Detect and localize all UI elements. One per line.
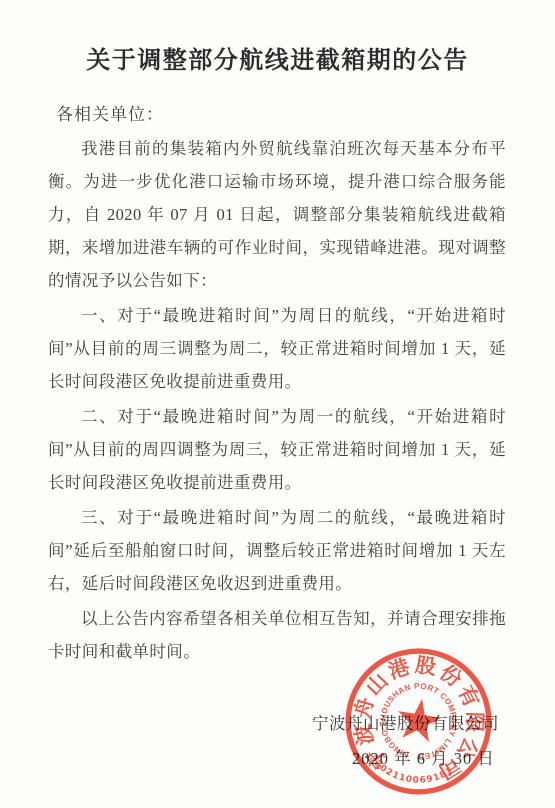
company-seal-stamp: 宁波舟山港股份有限公司 NINGBO ZHOUSHAN PORT COMPANY… (342, 645, 495, 798)
paragraph-item-2: 二、对于“最晚进箱时间”为周一的航线，“开始进箱时间”从目前的周四调整为周三，较… (48, 400, 506, 499)
paragraph-item-1: 一、对于“最晚进箱时间”为周日的航线，“开始进箱时间”从目前的周三调整为周二，较… (48, 299, 506, 398)
paragraph-intro: 我港目前的集装箱内外贸航线靠泊班次每天基本分布平衡。为进一步优化港口运输市场环境… (48, 132, 506, 297)
paragraph-item-3: 三、对于“最晚进箱时间”为周二的航线，“最晚进箱时间”延后至船舶窗口时间，调整后… (48, 501, 506, 600)
seal-star-icon (394, 695, 444, 743)
announcement-page: 关于调整部分航线进截箱期的公告 各相关单位： 我港目前的集装箱内外贸航线靠泊班次… (0, 0, 555, 808)
document-body: 各相关单位： 我港目前的集装箱内外贸航线靠泊班次每天基本分布平衡。为进一步优化港… (48, 100, 506, 670)
salutation: 各相关单位： (56, 100, 506, 125)
document-title: 关于调整部分航线进截箱期的公告 (0, 0, 555, 75)
